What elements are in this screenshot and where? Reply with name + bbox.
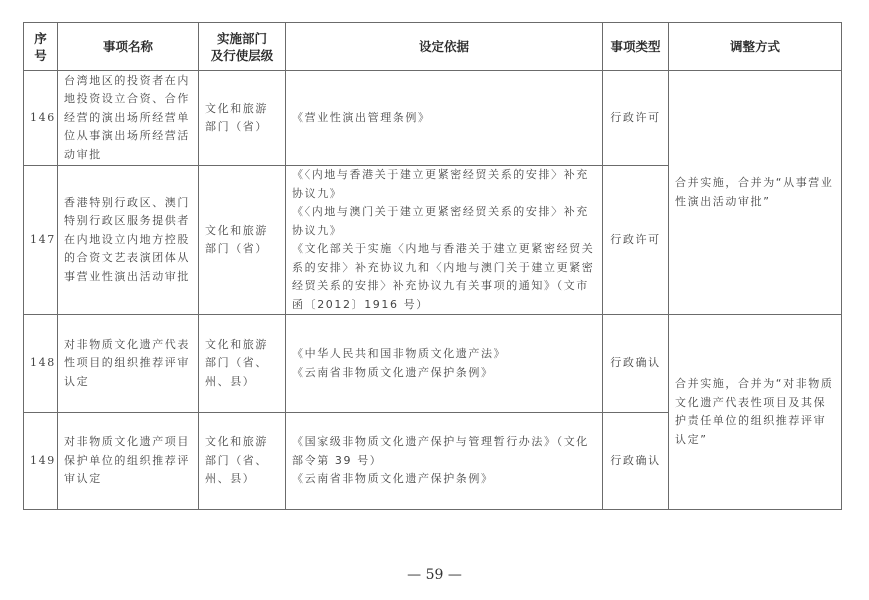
row-adjust-merged: 合并实施，合并为“对非物质文化遗产代表性项目及其保护责任单位的组织推荐评审认定” [669,315,842,510]
row-seq: 147 [24,166,58,315]
row-basis: 《中华人民共和国非物质文化遗产法》 《云南省非物质文化遗产保护条例》 [286,315,603,413]
row-type: 行政确认 [603,315,669,413]
header-dept: 实施部门 及行使层级 [199,23,286,71]
row-name: 对非物质文化遗产代表性项目的组织推荐评审认定 [58,315,199,413]
row-name: 对非物质文化遗产项目保护单位的组织推荐评审认定 [58,413,199,510]
row-seq: 149 [24,413,58,510]
header-name: 事项名称 [58,23,199,71]
header-adjust: 调整方式 [669,23,842,71]
page-number: — 59 — [0,567,869,583]
row-type: 行政许可 [603,71,669,166]
matters-table: 序 号 事项名称 实施部门 及行使层级 设定依据 事项类型 调整方式 146 台… [23,22,842,510]
row-dept: 文化和旅游部门（省） [199,71,286,166]
row-basis: 《〈内地与香港关于建立更紧密经贸关系的安排〉补充协议九》 《〈内地与澳门关于建立… [286,166,603,315]
row-basis: 《营业性演出管理条例》 [286,71,603,166]
row-name: 台湾地区的投资者在内地投资设立合资、合作经营的演出场所经营单位从事演出场所经营活… [58,71,199,166]
row-basis: 《国家级非物质文化遗产保护与管理暂行办法》（文化部令第 39 号） 《云南省非物… [286,413,603,510]
row-dept: 文化和旅游部门（省） [199,166,286,315]
header-seq: 序 号 [24,23,58,71]
table-header-row: 序 号 事项名称 实施部门 及行使层级 设定依据 事项类型 调整方式 [24,23,842,71]
row-adjust-merged: 合并实施，合并为“从事营业性演出活动审批” [669,71,842,315]
header-basis: 设定依据 [286,23,603,71]
row-seq: 146 [24,71,58,166]
table-row: 148 对非物质文化遗产代表性项目的组织推荐评审认定 文化和旅游部门（省、州、县… [24,315,842,413]
row-dept: 文化和旅游部门（省、州、县） [199,413,286,510]
row-type: 行政确认 [603,413,669,510]
row-seq: 148 [24,315,58,413]
row-name: 香港特别行政区、澳门特别行政区服务提供者在内地设立内地方控股的合资文艺表演团体从… [58,166,199,315]
row-type: 行政许可 [603,166,669,315]
header-type: 事项类型 [603,23,669,71]
row-dept: 文化和旅游部门（省、州、县） [199,315,286,413]
table-row: 146 台湾地区的投资者在内地投资设立合资、合作经营的演出场所经营单位从事演出场… [24,71,842,166]
